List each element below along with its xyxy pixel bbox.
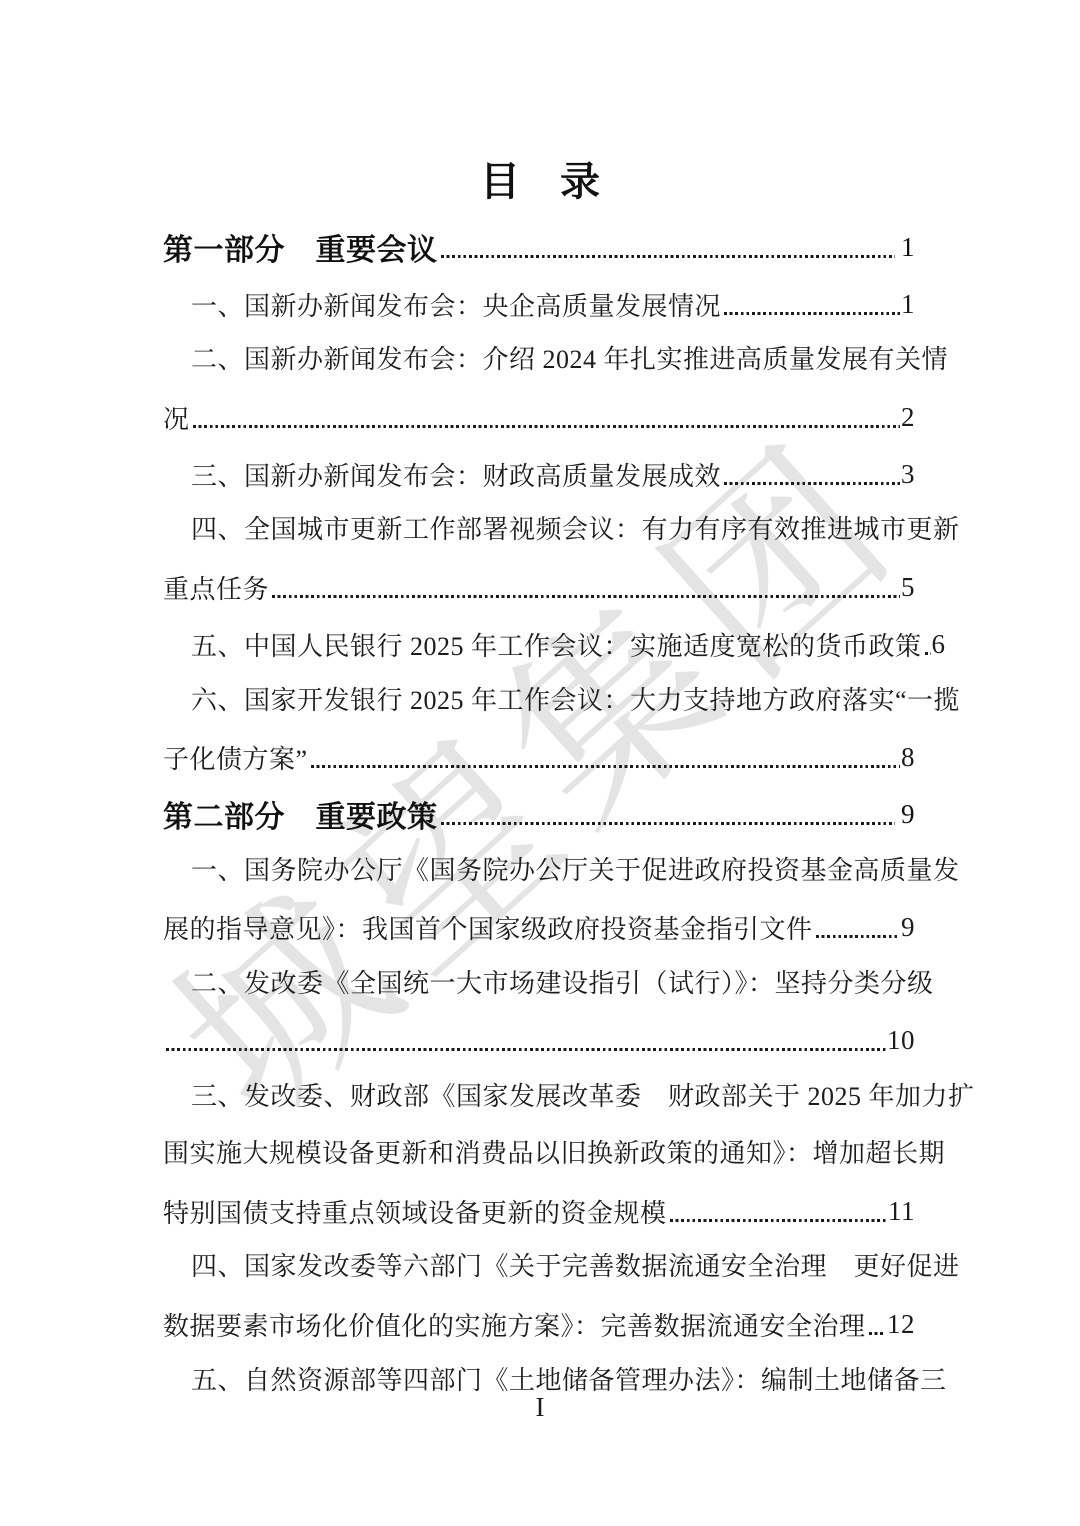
toc-entry-line: 三、国新办新闻发布会：财政高质量发展成效3 [163,446,915,503]
toc-entry-line: 围实施大规模设备更新和消费品以旧换新政策的通知》：增加超长期 [163,1126,915,1183]
toc-entry-line: 三、发改委、财政部《国家发展改革委 财政部关于 2025 年加力扩 [163,1069,915,1126]
toc-line-text: 子化债方案” [163,739,308,776]
toc-entry-line: 四、全国城市更新工作部署视频会议：有力有序有效推进城市更新 [163,502,915,559]
dot-leader [925,652,931,655]
toc-entry-line: 二、发改委《全国统一大市场建设指引（试行）》：坚持分类分级 [163,956,915,1013]
toc-entry-line: 展的指导意见》：我国首个国家级政府投资基金指引文件9 [163,899,915,956]
toc-line-text: 数据要素市场化价值化的实施方案》：完善数据流通安全治理 [163,1306,866,1343]
dot-leader [869,1332,886,1335]
document-page: 城望集团 目 录 第一部分 重要会议1一、国新办新闻发布会：央企高质量发展情况1… [0,0,1080,1526]
toc-page-number: 11 [888,1196,915,1227]
toc-page-number: 5 [901,572,915,603]
dot-leader [816,935,900,938]
dot-leader [311,765,900,768]
toc-line-text: 特别国债支持重点领域设备更新的资金规模 [163,1193,667,1230]
toc-entry-line: 六、国家开发银行 2025 年工作会议：大力支持地方政府落实“一揽 [163,673,915,730]
toc-line-text: 展的指导意见》：我国首个国家级政府投资基金指引文件 [163,909,813,946]
toc-page-number: 2 [901,402,915,433]
toc-page-number: 9 [901,912,915,943]
toc-line-text: 五、中国人民银行 2025 年工作会议：实施适度宽松的货币政策 [191,626,922,663]
toc-page-number: 8 [901,742,915,773]
toc-entry-line: 10 [163,1013,915,1070]
toc-line-text: 一、国新办新闻发布会：央企高质量发展情况 [191,286,721,323]
dot-leader [166,1048,886,1051]
toc-section-heading: 第二部分 重要政策9 [163,786,915,843]
toc-entry-line: 五、中国人民银行 2025 年工作会议：实施适度宽松的货币政策6 [163,616,915,673]
toc-line-text: 第一部分 重要会议 [163,225,438,269]
toc-entry-line: 一、国新办新闻发布会：央企高质量发展情况1 [163,276,915,333]
toc-entry-line: 重点任务5 [163,559,915,616]
toc-entry-line: 特别国债支持重点领域设备更新的资金规模11 [163,1183,915,1240]
toc-entry-line: 二、国新办新闻发布会：介绍 2024 年扎实推进高质量发展有关情 [163,332,915,389]
toc-entry-line: 四、国家发改委等六部门《关于完善数据流通安全治理 更好促进 [163,1239,915,1296]
table-of-contents: 第一部分 重要会议1一、国新办新闻发布会：央企高质量发展情况1二、国新办新闻发布… [163,219,915,1409]
dot-leader [193,425,900,428]
dot-leader [441,255,896,258]
toc-page-number: 6 [932,629,946,660]
toc-line-text: 况 [163,399,190,436]
dot-leader [670,1219,887,1222]
footer-page-number: I [0,1392,1080,1423]
toc-page-number: 12 [887,1309,915,1340]
toc-line-text: 三、国新办新闻发布会：财政高质量发展成效 [191,456,721,493]
toc-page-number: 9 [901,799,915,830]
toc-page-number: 1 [901,289,915,320]
toc-entry-line: 一、国务院办公厅《国务院办公厅关于促进政府投资基金高质量发 [163,843,915,900]
dot-leader [272,595,900,598]
page-title: 目 录 [0,150,1080,207]
toc-entry-line: 数据要素市场化价值化的实施方案》：完善数据流通安全治理12 [163,1296,915,1353]
toc-section-heading: 第一部分 重要会议1 [163,219,915,276]
dot-leader [724,312,900,315]
toc-line-text: 第二部分 重要政策 [163,792,438,836]
toc-page-number: 1 [901,232,915,263]
toc-page-number: 10 [887,1025,915,1056]
toc-line-text: 重点任务 [163,569,269,606]
toc-page-number: 3 [901,459,915,490]
dot-leader [441,822,896,825]
toc-entry-line: 子化债方案”8 [163,729,915,786]
dot-leader [724,482,900,485]
toc-entry-line: 况2 [163,389,915,446]
